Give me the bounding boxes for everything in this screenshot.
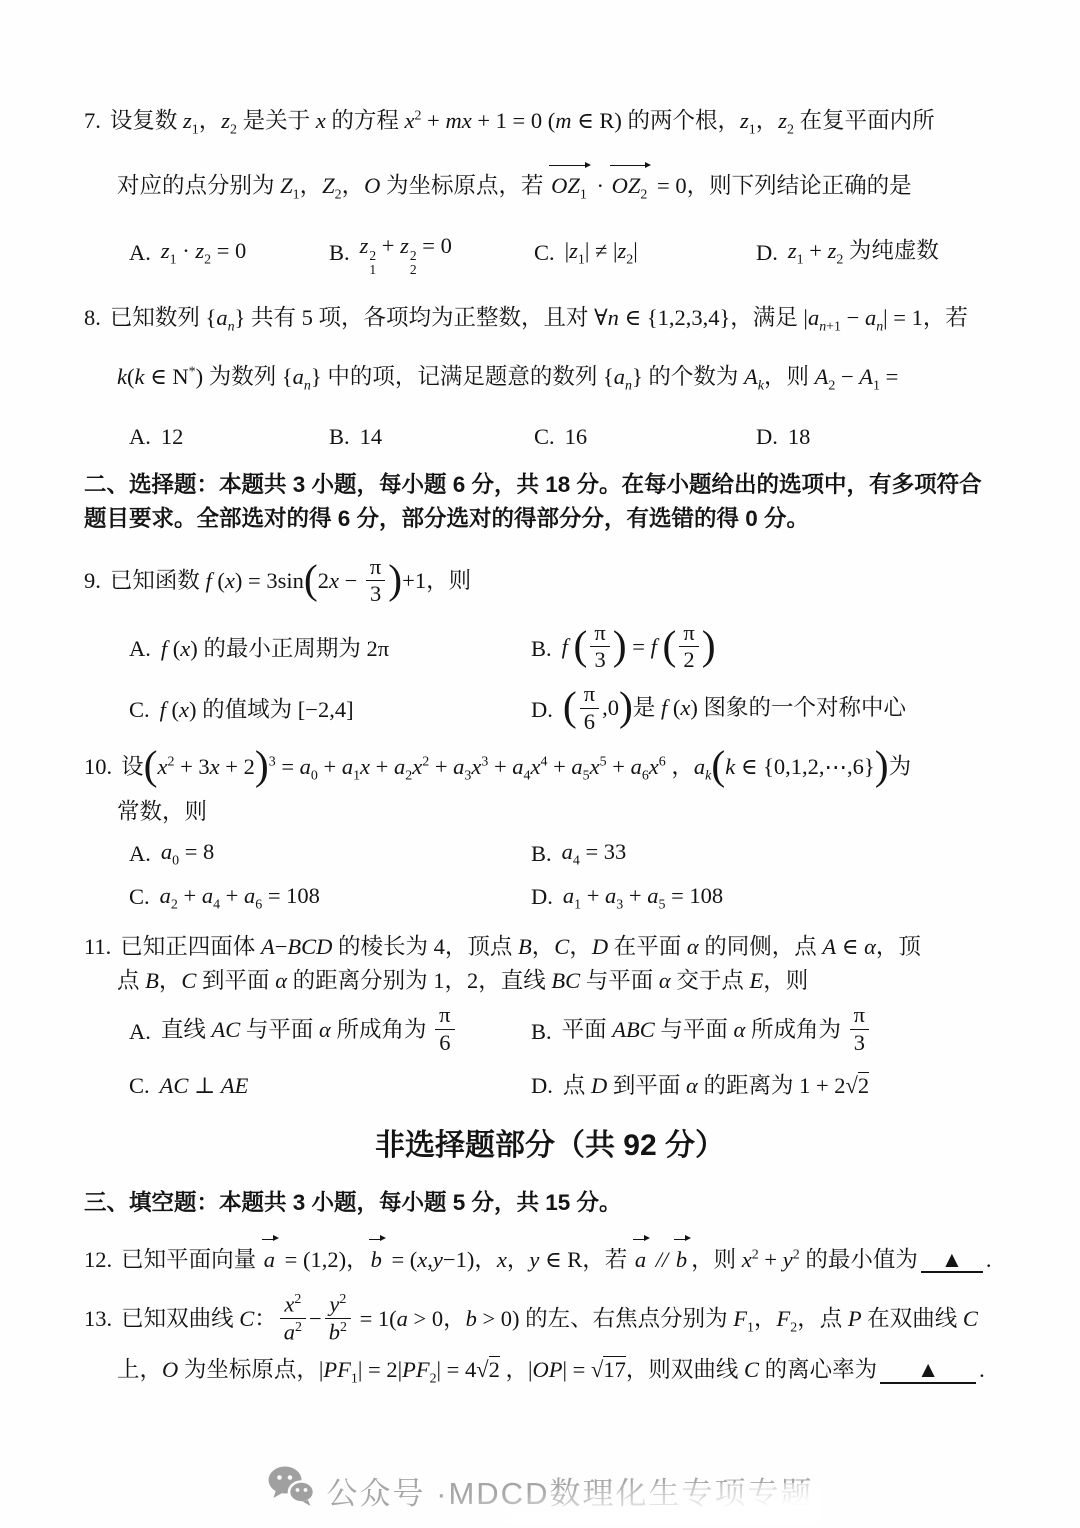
watermark-brand: MDCD数理化生专项专题 [448,1468,813,1513]
stem-text: 已知数列 {an} 共有 5 项，各项均为正整数，且对 ∀n ∈ {1,2,3,… [110,305,968,330]
watermark-prefix: 公众号 · [327,1468,449,1513]
nonchoice-section-title: 非选择题部分（共 92 分） [84,1123,1016,1168]
option-10b: B.a4 = 33 [531,835,626,872]
question-10: 10.设(x2 + 3x + 2)3 = a0 + a1x + a2x2 + a… [84,750,1016,916]
question-11-stem-line2: 点 B，C 到平面 α 的距离分别为 1，2，直线 BC 与平面 α 交于点 E… [84,964,1016,998]
section-2-header: 二、选择题：本题共 3 小题，每小题 6 分，共 18 分。在每小题给出的选项中… [84,468,1016,538]
exam-page: 7.设复数 z1，z2 是关于 x 的方程 x2 + mx + 1 = 0 (m… [0,0,1080,1528]
question-number: 9. [84,568,101,593]
question-7-options: A.z1 · z2 = 0 B.z21 + z22 = 0 C.|z1| ≠ |… [84,229,1016,277]
option-8b: B.14 [329,420,534,454]
question-11-stem-line1: 11.已知正四面体 A−BCD 的棱长为 4，顶点 B，C，D 在平面 α 的同… [84,930,1016,964]
question-9-options-row2: C.f (x) 的值域为 [−2,4] D.(π6,0)是 f (x) 图象的一… [84,684,1016,736]
question-number: 13. [84,1306,112,1331]
question-number: 11. [84,934,111,959]
option-7c: C.|z1| ≠ |z2| [534,234,756,271]
stem-text: 已知函数 f (x) = 3sin(2x − π3)+1，则 [110,568,471,593]
option-8d: D.18 [756,420,810,454]
option-10a: A.a0 = 8 [129,835,531,872]
section-2-line2: 题目要求。全部选对的得 6 分，部分选对的得部分分，有选错的得 0 分。 [84,502,1016,537]
option-7a: A.z1 · z2 = 0 [129,234,329,271]
question-11-options-row2: C.AC ⊥ AE D.点 D 到平面 α 的距离为 1 + 22 [84,1069,1016,1103]
option-8c: C.16 [534,420,756,454]
question-number: 10. [84,754,112,779]
option-11d: D.点 D 到平面 α 的距离为 1 + 22 [531,1069,869,1103]
wechat-icon [267,1466,315,1514]
stem-text: 设复数 z1，z2 是关于 x 的方程 x2 + mx + 1 = 0 (m ∈… [110,108,935,133]
section-2-line1: 二、选择题：本题共 3 小题，每小题 6 分，共 18 分。在每小题给出的选项中… [84,468,1016,503]
question-9-stem: 9.已知函数 f (x) = 3sin(2x − π3)+1，则 [84,557,1016,609]
question-11-options-row1: A.直线 AC 与平面 α 所成角为 π6 B.平面 ABC 与平面 α 所成角… [84,1006,1016,1058]
question-9-options-row1: A.f (x) 的最小正周期为 2π B.f (π3) = f (π2) [84,623,1016,675]
option-11b: B.平面 ABC 与平面 α 所成角为 π3 [531,1006,872,1058]
option-10d: D.a1 + a3 + a5 = 108 [531,879,723,916]
option-9d: D.(π6,0)是 f (x) 图象的一个对称中心 [531,684,906,736]
question-10-stem-line2: 常数，则 [84,795,1016,829]
option-10c: C.a2 + a4 + a6 = 108 [129,879,531,916]
question-number: 7. [84,108,101,133]
option-9a: A.f (x) 的最小正周期为 2π [129,632,531,666]
question-8-stem-line1: 8.已知数列 {an} 共有 5 项，各项均为正整数，且对 ∀n ∈ {1,2,… [84,301,1016,338]
option-9b: B.f (π3) = f (π2) [531,623,716,675]
stem-text: 设(x2 + 3x + 2)3 = a0 + a1x + a2x2 + a3x3… [121,754,911,779]
question-number: 8. [84,305,101,330]
option-7b: B.z21 + z22 = 0 [329,229,534,277]
option-8a: A.12 [129,420,329,454]
question-8: 8.已知数列 {an} 共有 5 项，各项均为正整数，且对 ∀n ∈ {1,2,… [84,301,1016,454]
question-number: 12. [84,1247,112,1272]
stem-text: 已知正四面体 A−BCD 的棱长为 4，顶点 B，C，D 在平面 α 的同侧，点… [120,934,921,959]
question-8-options: A.12 B.14 C.16 D.18 [84,420,1016,454]
question-10-options-row2: C.a2 + a4 + a6 = 108 D.a1 + a3 + a5 = 10… [84,879,1016,916]
question-7: 7.设复数 z1，z2 是关于 x 的方程 x2 + mx + 1 = 0 (m… [84,104,1016,277]
question-13-stem-line1: 13.已知双曲线 C：x2a2−y2b2 = 1(a > 0，b > 0) 的左… [84,1295,1016,1348]
question-7-stem-line1: 7.设复数 z1，z2 是关于 x 的方程 x2 + mx + 1 = 0 (m… [84,104,1016,141]
stem-text: 已知平面向量 a = (1,2)，b = (x,y−1)，x，y ∈ R，若 a… [121,1247,991,1272]
question-8-stem-line2: k(k ∈ N*) 为数列 {an} 中的项，记满足题意的数列 {an} 的个数… [84,360,1016,397]
section-3-header: 三、填空题：本题共 3 小题，每小题 5 分，共 15 分。 [84,1186,1016,1221]
option-11c: C.AC ⊥ AE [129,1069,531,1103]
exam-content: 7.设复数 z1，z2 是关于 x 的方程 x2 + mx + 1 = 0 (m… [0,0,1080,1391]
option-7d: D.z1 + z2 为纯虚数 [756,234,939,271]
stem-text: 已知双曲线 C：x2a2−y2b2 = 1(a > 0，b > 0) 的左、右焦… [121,1306,978,1331]
question-13: 13.已知双曲线 C：x2a2−y2b2 = 1(a > 0，b > 0) 的左… [84,1295,1016,1391]
question-11: 11.已知正四面体 A−BCD 的棱长为 4，顶点 B，C，D 在平面 α 的同… [84,930,1016,1103]
question-10-options-row1: A.a0 = 8 B.a4 = 33 [84,835,1016,872]
question-9: 9.已知函数 f (x) = 3sin(2x − π3)+1，则 A.f (x)… [84,557,1016,736]
option-11a: A.直线 AC 与平面 α 所成角为 π6 [129,1006,531,1058]
option-9c: C.f (x) 的值域为 [−2,4] [129,693,531,727]
question-13-stem-line2: 上，O 为坐标原点，|PF1| = 2|PF2| = 42 ，|OP| = 17… [84,1353,1016,1390]
question-7-stem-line2: 对应的点分别为 Z1，Z2，O 为坐标原点，若 OZ1 · OZ2 = 0，则下… [84,163,1016,206]
watermark: 公众号 · MDCD数理化生专项专题 [0,1466,1080,1514]
question-12-stem: 12.已知平面向量 a = (1,2)，b = (x,y−1)，x，y ∈ R，… [84,1237,1016,1277]
question-12: 12.已知平面向量 a = (1,2)，b = (x,y−1)，x，y ∈ R，… [84,1237,1016,1277]
question-10-stem-line1: 10.设(x2 + 3x + 2)3 = a0 + a1x + a2x2 + a… [84,750,1016,787]
